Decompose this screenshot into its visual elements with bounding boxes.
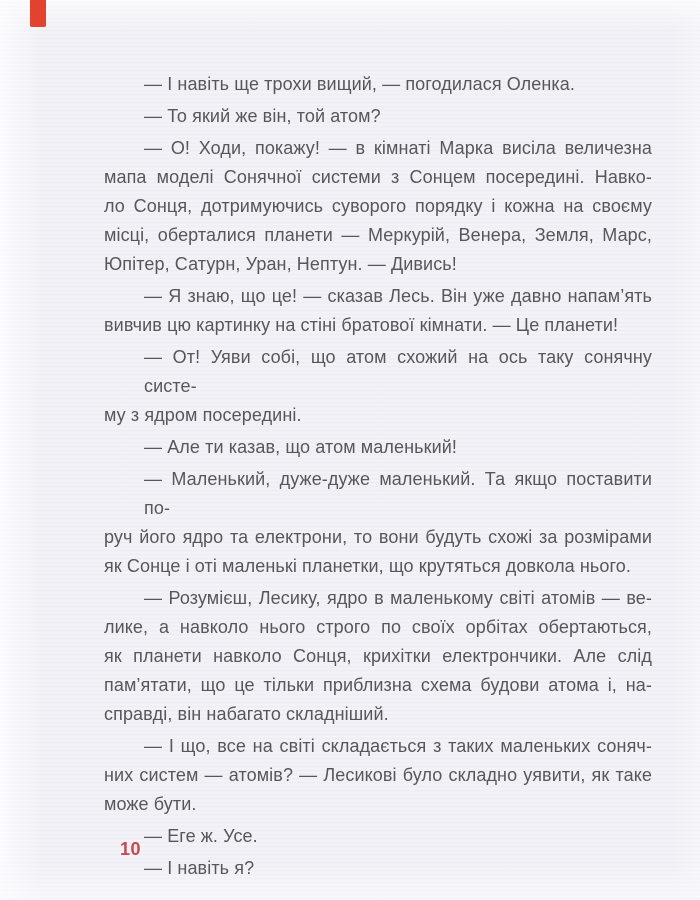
paragraph: — Але ти казав, що атом маленький!: [104, 433, 652, 462]
paragraph: — І що, все на світі складається з таких…: [104, 732, 652, 819]
text-line: — І що, все на світі складається з таких…: [104, 732, 652, 761]
text-line: вивчив цю картинку на стіні братової кім…: [104, 311, 652, 340]
text-line: може бути.: [104, 790, 652, 819]
text-line: них систем — атомів? — Лесикові було скл…: [104, 761, 652, 790]
text-line: мапа моделі Сонячної системи з Сонцем по…: [104, 163, 652, 192]
page-number: 10: [120, 839, 141, 860]
text-line: — Маленький, дуже-дуже маленький. Та якщ…: [104, 465, 652, 523]
text-line: справді, він набагато складніший.: [104, 700, 652, 729]
text-line: руч його ядро та електрони, то вони буду…: [104, 523, 652, 552]
paragraph: — То який же він, той атом?: [104, 102, 652, 131]
text-line: — Я знаю, що це! — сказав Лесь. Він уже …: [104, 282, 652, 311]
paragraph: — Розумієш, Лесику, ядро в маленькому св…: [104, 584, 652, 729]
paragraph: — Маленький, дуже-дуже маленький. Та якщ…: [104, 465, 652, 581]
text-line: як планети навколо Сонця, крихітки елект…: [104, 642, 652, 671]
text-block: — І навіть ще трохи вищий, — погодилася …: [104, 70, 652, 883]
text-line: пам’ятати, що це тільки приблизна схема …: [104, 671, 652, 700]
book-page: { "page": { "number": "10", "accent_colo…: [0, 0, 700, 900]
bookmark-tab: [30, 0, 46, 27]
text-line: — Але ти казав, що атом маленький!: [104, 433, 652, 462]
text-line: — О! Ходи, покажу! — в кімнаті Марка вис…: [104, 134, 652, 163]
text-line: — Еге ж. Усе.: [104, 822, 652, 851]
paragraph: — Еге ж. Усе.: [104, 822, 652, 851]
text-line: ло Сонця, дотримуючись суворого порядку …: [104, 192, 652, 221]
text-line: як Сонце і оті маленькі планетки, що кру…: [104, 552, 652, 581]
paragraph: — Я знаю, що це! — сказав Лесь. Він уже …: [104, 282, 652, 340]
text-line: — То який же він, той атом?: [104, 102, 652, 131]
text-line: Юпітер, Сатурн, Уран, Нептун. — Дивись!: [104, 250, 652, 279]
text-line: лике, а навколо нього строго по своїх ор…: [104, 613, 652, 642]
text-line: — І навіть ще трохи вищий, — погодилася …: [104, 70, 652, 99]
text-line: му з ядром посередині.: [104, 401, 652, 430]
text-line: — От! Уяви собі, що атом схожий на ось т…: [104, 343, 652, 401]
paragraph: — І навіть я?: [104, 854, 652, 883]
text-line: місці, оберталися планети — Меркурій, Ве…: [104, 221, 652, 250]
paragraph: — От! Уяви собі, що атом схожий на ось т…: [104, 343, 652, 430]
paragraph: — І навіть ще трохи вищий, — погодилася …: [104, 70, 652, 99]
paragraph: — О! Ходи, покажу! — в кімнаті Марка вис…: [104, 134, 652, 279]
text-line: — Розумієш, Лесику, ядро в маленькому св…: [104, 584, 652, 613]
text-line: — І навіть я?: [104, 854, 652, 883]
